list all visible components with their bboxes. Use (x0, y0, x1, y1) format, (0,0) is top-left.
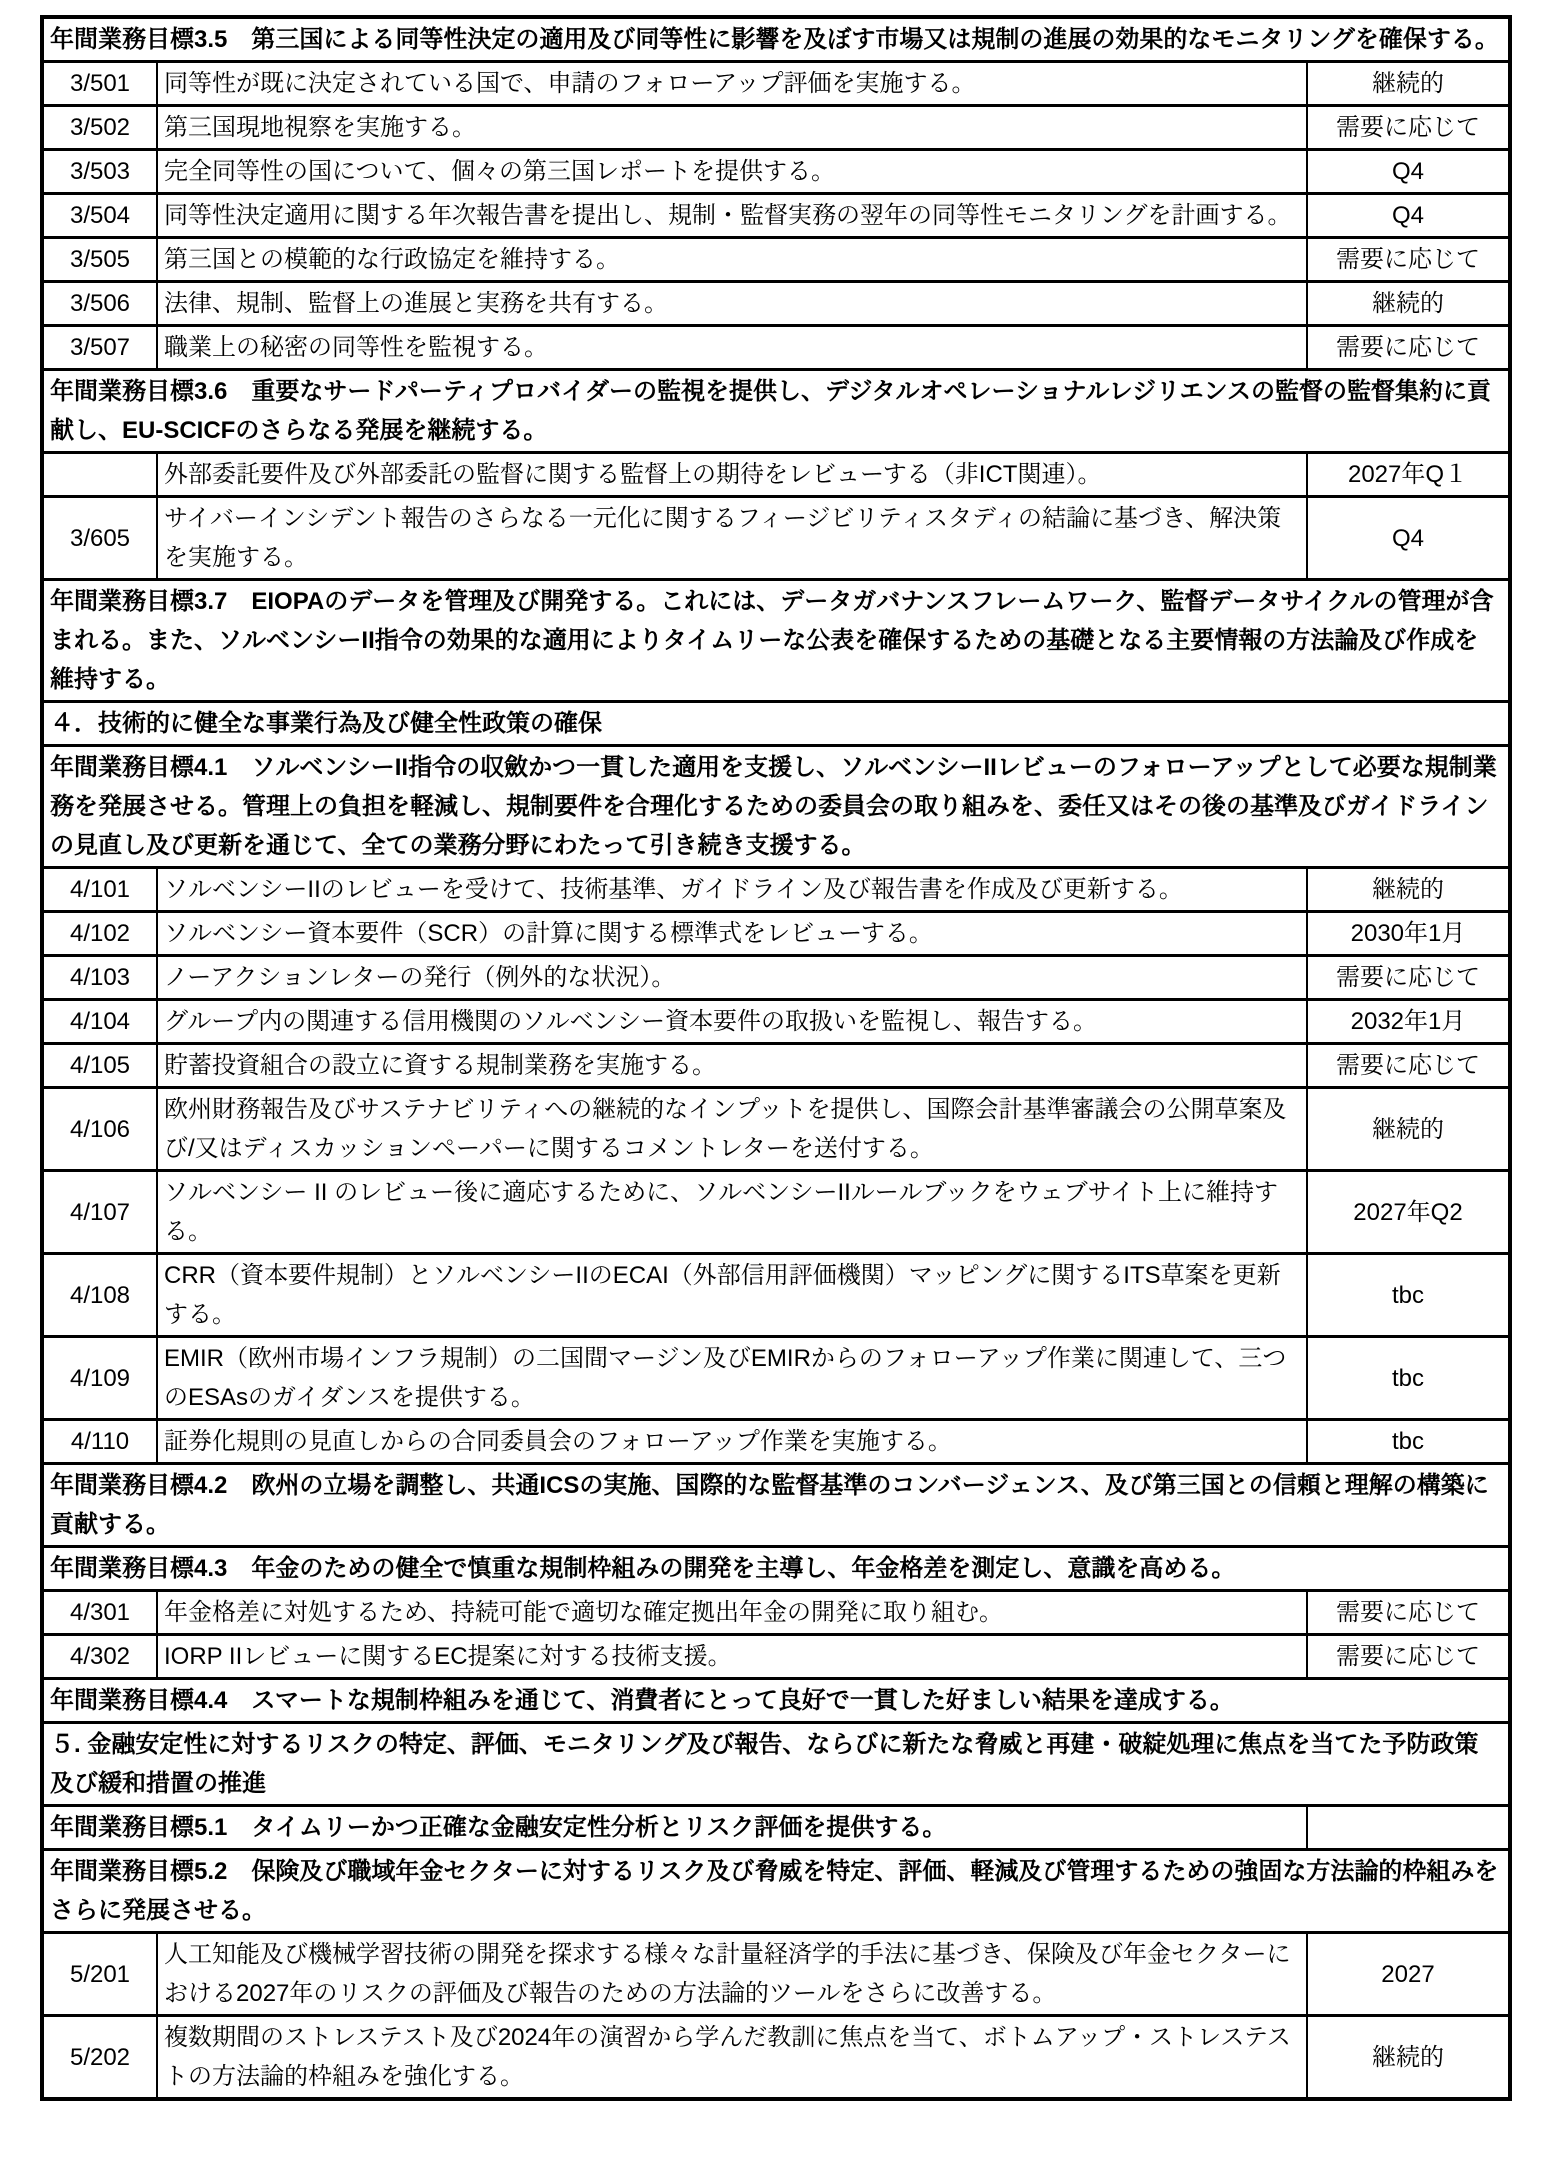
objective-header-row: 年間業務目標5.1 タイムリーかつ正確な金融安定性分析とリスク評価を提供する。 (42, 1806, 1510, 1850)
task-description-cell: ソルベンシー資本要件（SCR）の計算に関する標準式をレビューする。 (157, 912, 1307, 956)
objective-header-row: 年間業務目標4.1 ソルベンシーII指令の収斂かつ一貫した適用を支援し、ソルベン… (42, 746, 1510, 868)
task-id-cell: 3/505 (42, 238, 157, 282)
objective-title: 年間業務目標4.2 欧州の立場を調整し、共通ICSの実施、国際的な監督基準のコン… (42, 1464, 1510, 1547)
task-row: 4/102ソルベンシー資本要件（SCR）の計算に関する標準式をレビューする。20… (42, 912, 1510, 956)
task-description-cell: 職業上の秘密の同等性を監視する。 (157, 326, 1307, 370)
task-row: 4/101ソルベンシーIIのレビューを受けて、技術基準、ガイドライン及び報告書を… (42, 868, 1510, 912)
task-description-cell: 同等性が既に決定されている国で、申請のフォローアップ評価を実施する。 (157, 62, 1307, 106)
task-id-cell: 3/506 (42, 282, 157, 326)
task-id-cell: 4/109 (42, 1337, 157, 1420)
task-description-cell: 法律、規制、監督上の進展と実務を共有する。 (157, 282, 1307, 326)
objective-title: 年間業務目標3.7 EIOPAのデータを管理及び開発する。これには、データガバナ… (42, 580, 1510, 702)
task-description-cell: 人工知能及び機械学習技術の開発を探求する様々な計量経済学的手法に基づき、保険及び… (157, 1933, 1307, 2016)
task-description-cell: 第三国現地視察を実施する。 (157, 106, 1307, 150)
task-deadline-cell: 継続的 (1307, 62, 1510, 106)
task-id-cell: 4/108 (42, 1254, 157, 1337)
task-id-cell: 3/502 (42, 106, 157, 150)
task-row: 3/501同等性が既に決定されている国で、申請のフォローアップ評価を実施する。継… (42, 62, 1510, 106)
work-program-table-body: 年間業務目標3.5 第三国による同等性決定の適用及び同等性に影響を及ぼす市場又は… (42, 17, 1510, 2099)
task-row: 4/302IORP IIレビューに関するEC提案に対する技術支援。需要に応じて (42, 1635, 1510, 1679)
objective-title: 年間業務目標5.2 保険及び職域年金セクターに対するリスク及び脅威を特定、評価、… (42, 1850, 1510, 1933)
task-row: 4/301年金格差に対処するため、持続可能で適切な確定拠出年金の開発に取り組む。… (42, 1591, 1510, 1635)
objective-title: 年間業務目標3.6 重要なサードパーティプロバイダーの監視を提供し、デジタルオペ… (42, 370, 1510, 453)
objective-header-row: 年間業務目標4.3 年金のための健全で慎重な規制枠組みの開発を主導し、年金格差を… (42, 1547, 1510, 1591)
task-id-cell: 5/202 (42, 2016, 157, 2100)
empty-deadline-cell (1307, 1806, 1510, 1850)
task-row: 4/107ソルベンシー II のレビュー後に適応するために、ソルベンシーIIルー… (42, 1171, 1510, 1254)
task-id-cell: 4/110 (42, 1420, 157, 1464)
task-row: 4/104グループ内の関連する信用機関のソルベンシー資本要件の取扱いを監視し、報… (42, 1000, 1510, 1044)
task-row: 4/103ノーアクションレターの発行（例外的な状況）。需要に応じて (42, 956, 1510, 1000)
task-row: 3/505第三国との模範的な行政協定を維持する。需要に応じて (42, 238, 1510, 282)
task-id-cell: 4/104 (42, 1000, 157, 1044)
objective-title: 年間業務目標3.5 第三国による同等性決定の適用及び同等性に影響を及ぼす市場又は… (42, 17, 1510, 62)
task-id-cell: 3/503 (42, 150, 157, 194)
task-description-cell: ソルベンシー II のレビュー後に適応するために、ソルベンシーIIルールブックを… (157, 1171, 1307, 1254)
task-deadline-cell: 2027年Q2 (1307, 1171, 1510, 1254)
task-id-cell: 4/103 (42, 956, 157, 1000)
task-description-cell: 年金格差に対処するため、持続可能で適切な確定拠出年金の開発に取り組む。 (157, 1591, 1307, 1635)
task-description-cell: 第三国との模範的な行政協定を維持する。 (157, 238, 1307, 282)
task-row: 3/504同等性決定適用に関する年次報告書を提出し、規制・監督実務の翌年の同等性… (42, 194, 1510, 238)
task-id-cell: 3/605 (42, 497, 157, 580)
task-id-cell (42, 453, 157, 497)
task-description-cell: 複数期間のストレステスト及び2024年の演習から学んだ教訓に焦点を当て、ボトムア… (157, 2016, 1307, 2100)
task-row: 4/105貯蓄投資組合の設立に資する規制業務を実施する。需要に応じて (42, 1044, 1510, 1088)
task-deadline-cell: 需要に応じて (1307, 106, 1510, 150)
task-description-cell: 貯蓄投資組合の設立に資する規制業務を実施する。 (157, 1044, 1307, 1088)
task-description-cell: グループ内の関連する信用機関のソルベンシー資本要件の取扱いを監視し、報告する。 (157, 1000, 1307, 1044)
task-row: 3/506法律、規制、監督上の進展と実務を共有する。継続的 (42, 282, 1510, 326)
task-deadline-cell: 需要に応じて (1307, 326, 1510, 370)
task-deadline-cell: Q4 (1307, 194, 1510, 238)
task-deadline-cell: 継続的 (1307, 282, 1510, 326)
task-deadline-cell: 需要に応じて (1307, 1591, 1510, 1635)
task-row: 4/106欧州財務報告及びサステナビリティへの継続的なインプットを提供し、国際会… (42, 1088, 1510, 1171)
task-description-cell: ノーアクションレターの発行（例外的な状況）。 (157, 956, 1307, 1000)
task-deadline-cell: tbc (1307, 1254, 1510, 1337)
task-description-cell: ソルベンシーIIのレビューを受けて、技術基準、ガイドライン及び報告書を作成及び更… (157, 868, 1307, 912)
task-description-cell: 証券化規則の見直しからの合同委員会のフォローアップ作業を実施する。 (157, 1420, 1307, 1464)
task-deadline-cell: 継続的 (1307, 868, 1510, 912)
task-deadline-cell: 2030年1月 (1307, 912, 1510, 956)
objective-header-row: 年間業務目標3.7 EIOPAのデータを管理及び開発する。これには、データガバナ… (42, 580, 1510, 702)
task-id-cell: 4/301 (42, 1591, 157, 1635)
task-row: 5/202複数期間のストレステスト及び2024年の演習から学んだ教訓に焦点を当て… (42, 2016, 1510, 2100)
task-id-cell: 4/106 (42, 1088, 157, 1171)
document-page: 年間業務目標3.5 第三国による同等性決定の適用及び同等性に影響を及ぼす市場又は… (0, 0, 1548, 2168)
task-deadline-cell: 需要に応じて (1307, 956, 1510, 1000)
task-row: 3/503完全同等性の国について、個々の第三国レポートを提供する。Q4 (42, 150, 1510, 194)
objective-header-row: 年間業務目標3.6 重要なサードパーティプロバイダーの監視を提供し、デジタルオペ… (42, 370, 1510, 453)
objective-header-row: 年間業務目標5.2 保険及び職域年金セクターに対するリスク及び脅威を特定、評価、… (42, 1850, 1510, 1933)
task-description-cell: 完全同等性の国について、個々の第三国レポートを提供する。 (157, 150, 1307, 194)
task-row: 3/605サイバーインシデント報告のさらなる一元化に関するフィージビリティスタデ… (42, 497, 1510, 580)
section-title: ５. 金融安定性に対するリスクの特定、評価、モニタリング及び報告、ならびに新たな… (42, 1723, 1510, 1806)
section-header-row: ５. 金融安定性に対するリスクの特定、評価、モニタリング及び報告、ならびに新たな… (42, 1723, 1510, 1806)
task-description-cell: 外部委託要件及び外部委託の監督に関する監督上の期待をレビューする（非ICT関連）… (157, 453, 1307, 497)
task-row: 3/507職業上の秘密の同等性を監視する。需要に応じて (42, 326, 1510, 370)
task-row: 4/110証券化規則の見直しからの合同委員会のフォローアップ作業を実施する。tb… (42, 1420, 1510, 1464)
task-deadline-cell: 需要に応じて (1307, 1044, 1510, 1088)
objective-title: 年間業務目標5.1 タイムリーかつ正確な金融安定性分析とリスク評価を提供する。 (42, 1806, 1307, 1850)
task-deadline-cell: 需要に応じて (1307, 238, 1510, 282)
task-description-cell: EMIR（欧州市場インフラ規制）の二国間マージン及びEMIRからのフォローアップ… (157, 1337, 1307, 1420)
task-description-cell: IORP IIレビューに関するEC提案に対する技術支援。 (157, 1635, 1307, 1679)
task-id-cell: 5/201 (42, 1933, 157, 2016)
objective-title: 年間業務目標4.1 ソルベンシーII指令の収斂かつ一貫した適用を支援し、ソルベン… (42, 746, 1510, 868)
task-deadline-cell: 2027年Q１ (1307, 453, 1510, 497)
task-deadline-cell: Q4 (1307, 150, 1510, 194)
task-id-cell: 4/107 (42, 1171, 157, 1254)
task-deadline-cell: 2027 (1307, 1933, 1510, 2016)
objective-header-row: 年間業務目標4.2 欧州の立場を調整し、共通ICSの実施、国際的な監督基準のコン… (42, 1464, 1510, 1547)
task-row: 4/108CRR（資本要件規制）とソルベンシーIIのECAI（外部信用評価機関）… (42, 1254, 1510, 1337)
task-id-cell: 4/302 (42, 1635, 157, 1679)
objective-title: 年間業務目標4.3 年金のための健全で慎重な規制枠組みの開発を主導し、年金格差を… (42, 1547, 1510, 1591)
task-description-cell: 欧州財務報告及びサステナビリティへの継続的なインプットを提供し、国際会計基準審議… (157, 1088, 1307, 1171)
task-deadline-cell: 需要に応じて (1307, 1635, 1510, 1679)
task-deadline-cell: tbc (1307, 1337, 1510, 1420)
objective-title: 年間業務目標4.4 スマートな規制枠組みを通じて、消費者にとって良好で一貫した好… (42, 1679, 1510, 1723)
work-program-table: 年間業務目標3.5 第三国による同等性決定の適用及び同等性に影響を及ぼす市場又は… (40, 15, 1512, 2101)
task-row: 4/109EMIR（欧州市場インフラ規制）の二国間マージン及びEMIRからのフォ… (42, 1337, 1510, 1420)
objective-header-row: 年間業務目標4.4 スマートな規制枠組みを通じて、消費者にとって良好で一貫した好… (42, 1679, 1510, 1723)
task-deadline-cell: 継続的 (1307, 2016, 1510, 2100)
task-row: 外部委託要件及び外部委託の監督に関する監督上の期待をレビューする（非ICT関連）… (42, 453, 1510, 497)
task-deadline-cell: tbc (1307, 1420, 1510, 1464)
task-row: 5/201人工知能及び機械学習技術の開発を探求する様々な計量経済学的手法に基づき… (42, 1933, 1510, 2016)
task-deadline-cell: Q4 (1307, 497, 1510, 580)
task-id-cell: 3/504 (42, 194, 157, 238)
task-description-cell: サイバーインシデント報告のさらなる一元化に関するフィージビリティスタディの結論に… (157, 497, 1307, 580)
section-header-row: ４．技術的に健全な事業行為及び健全性政策の確保 (42, 702, 1510, 746)
task-id-cell: 4/105 (42, 1044, 157, 1088)
task-id-cell: 4/101 (42, 868, 157, 912)
task-deadline-cell: 2032年1月 (1307, 1000, 1510, 1044)
task-id-cell: 3/501 (42, 62, 157, 106)
task-description-cell: CRR（資本要件規制）とソルベンシーIIのECAI（外部信用評価機関）マッピング… (157, 1254, 1307, 1337)
task-description-cell: 同等性決定適用に関する年次報告書を提出し、規制・監督実務の翌年の同等性モニタリン… (157, 194, 1307, 238)
task-id-cell: 3/507 (42, 326, 157, 370)
objective-header-row: 年間業務目標3.5 第三国による同等性決定の適用及び同等性に影響を及ぼす市場又は… (42, 17, 1510, 62)
task-deadline-cell: 継続的 (1307, 1088, 1510, 1171)
task-row: 3/502第三国現地視察を実施する。需要に応じて (42, 106, 1510, 150)
task-id-cell: 4/102 (42, 912, 157, 956)
section-title: ４．技術的に健全な事業行為及び健全性政策の確保 (42, 702, 1510, 746)
